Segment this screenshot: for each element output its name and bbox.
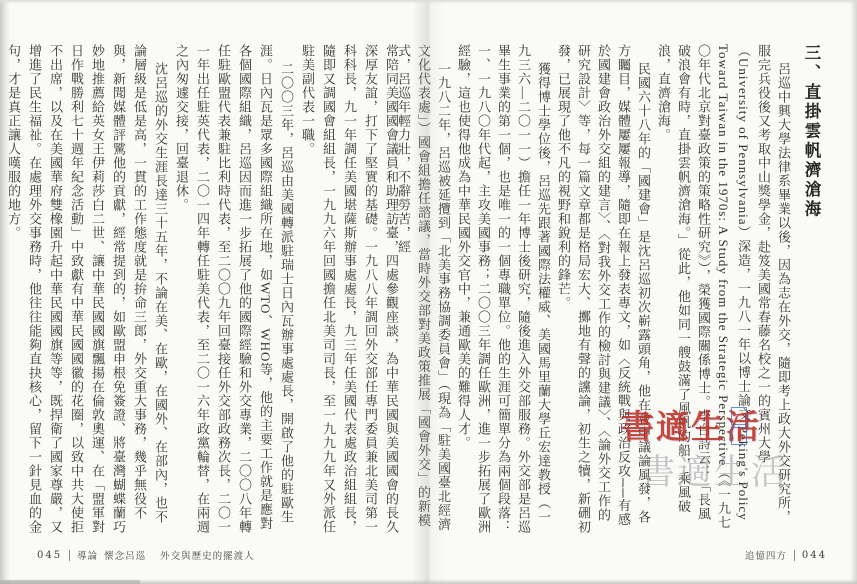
scan-edge-top (0, 0, 857, 4)
scan-edge-right (850, 0, 857, 584)
blue-ink-mark (731, 427, 747, 445)
gray-watermark: 書適生活 (640, 445, 788, 495)
section-label: 導論 (77, 548, 98, 562)
left-page: 常陪同美國國會議員和助理訪臺，四處參觀座談，為中華民國與美國國會的長久深厚友誼，… (0, 0, 428, 584)
page-gutter-shadow (412, 0, 446, 584)
footer-divider (69, 550, 70, 561)
left-page-text: 常陪同美國國會議員和助理訪臺，四處參觀座談，為中華民國與美國國會的長久深厚友誼，… (0, 44, 402, 534)
right-page: 三、直掛雲帆濟滄海 呂巡中興大學法律系畢業以後，因為志在外交，隨即考上政大外交研… (429, 0, 857, 584)
left-page-number: 045 (37, 550, 62, 561)
book-spread: 常陪同美國國會議員和助理訪臺，四處參觀座談，為中華民國與美國國會的長久深厚友誼，… (0, 0, 857, 584)
scan-smudge (0, 580, 140, 584)
right-page-number: 044 (802, 550, 827, 561)
paragraph: 沈呂巡的外交生涯長達三十五年，不論在美、在歐，在國外、在部內，也不論層級是低是高… (3, 44, 171, 534)
left-page-footer: 045 導論 懷念呂巡 外交與歷史的擺渡人 (37, 548, 255, 562)
paragraph: 獲得博士學位後，呂巡先跟著國際法權威、美國馬里蘭大學丘宏達教授（一九三六—二〇一… (453, 44, 553, 534)
paragraph: 二〇〇三年，呂巡由美國轉派駐瑞士日內瓦辦事處處長，開啟了他的駐歐生涯。日內瓦是眾… (171, 44, 297, 534)
blue-ink-mark (731, 407, 747, 425)
book-title: 追憶四方 (745, 548, 787, 562)
right-page-footer: 追憶四方 044 (745, 548, 827, 562)
chapter-title: 三、直掛雲帆濟滄海 (801, 44, 821, 534)
book-subtitle: 外交與歷史的擺渡人 (160, 548, 255, 562)
chapter-label: 懷念呂巡 (104, 548, 146, 562)
paragraph: 民國六十八年的「國建會」是沈呂巡初次嶄露頭角，他在會中議論風發，各方矚目，媒體屢… (553, 44, 653, 534)
footer-divider (794, 550, 795, 561)
scan-edge-left (0, 0, 10, 584)
paragraph: 常陪同美國國會議員和助理訪臺，四處參觀座談，為中華民國與美國國會的長久深厚友誼，… (297, 44, 402, 534)
